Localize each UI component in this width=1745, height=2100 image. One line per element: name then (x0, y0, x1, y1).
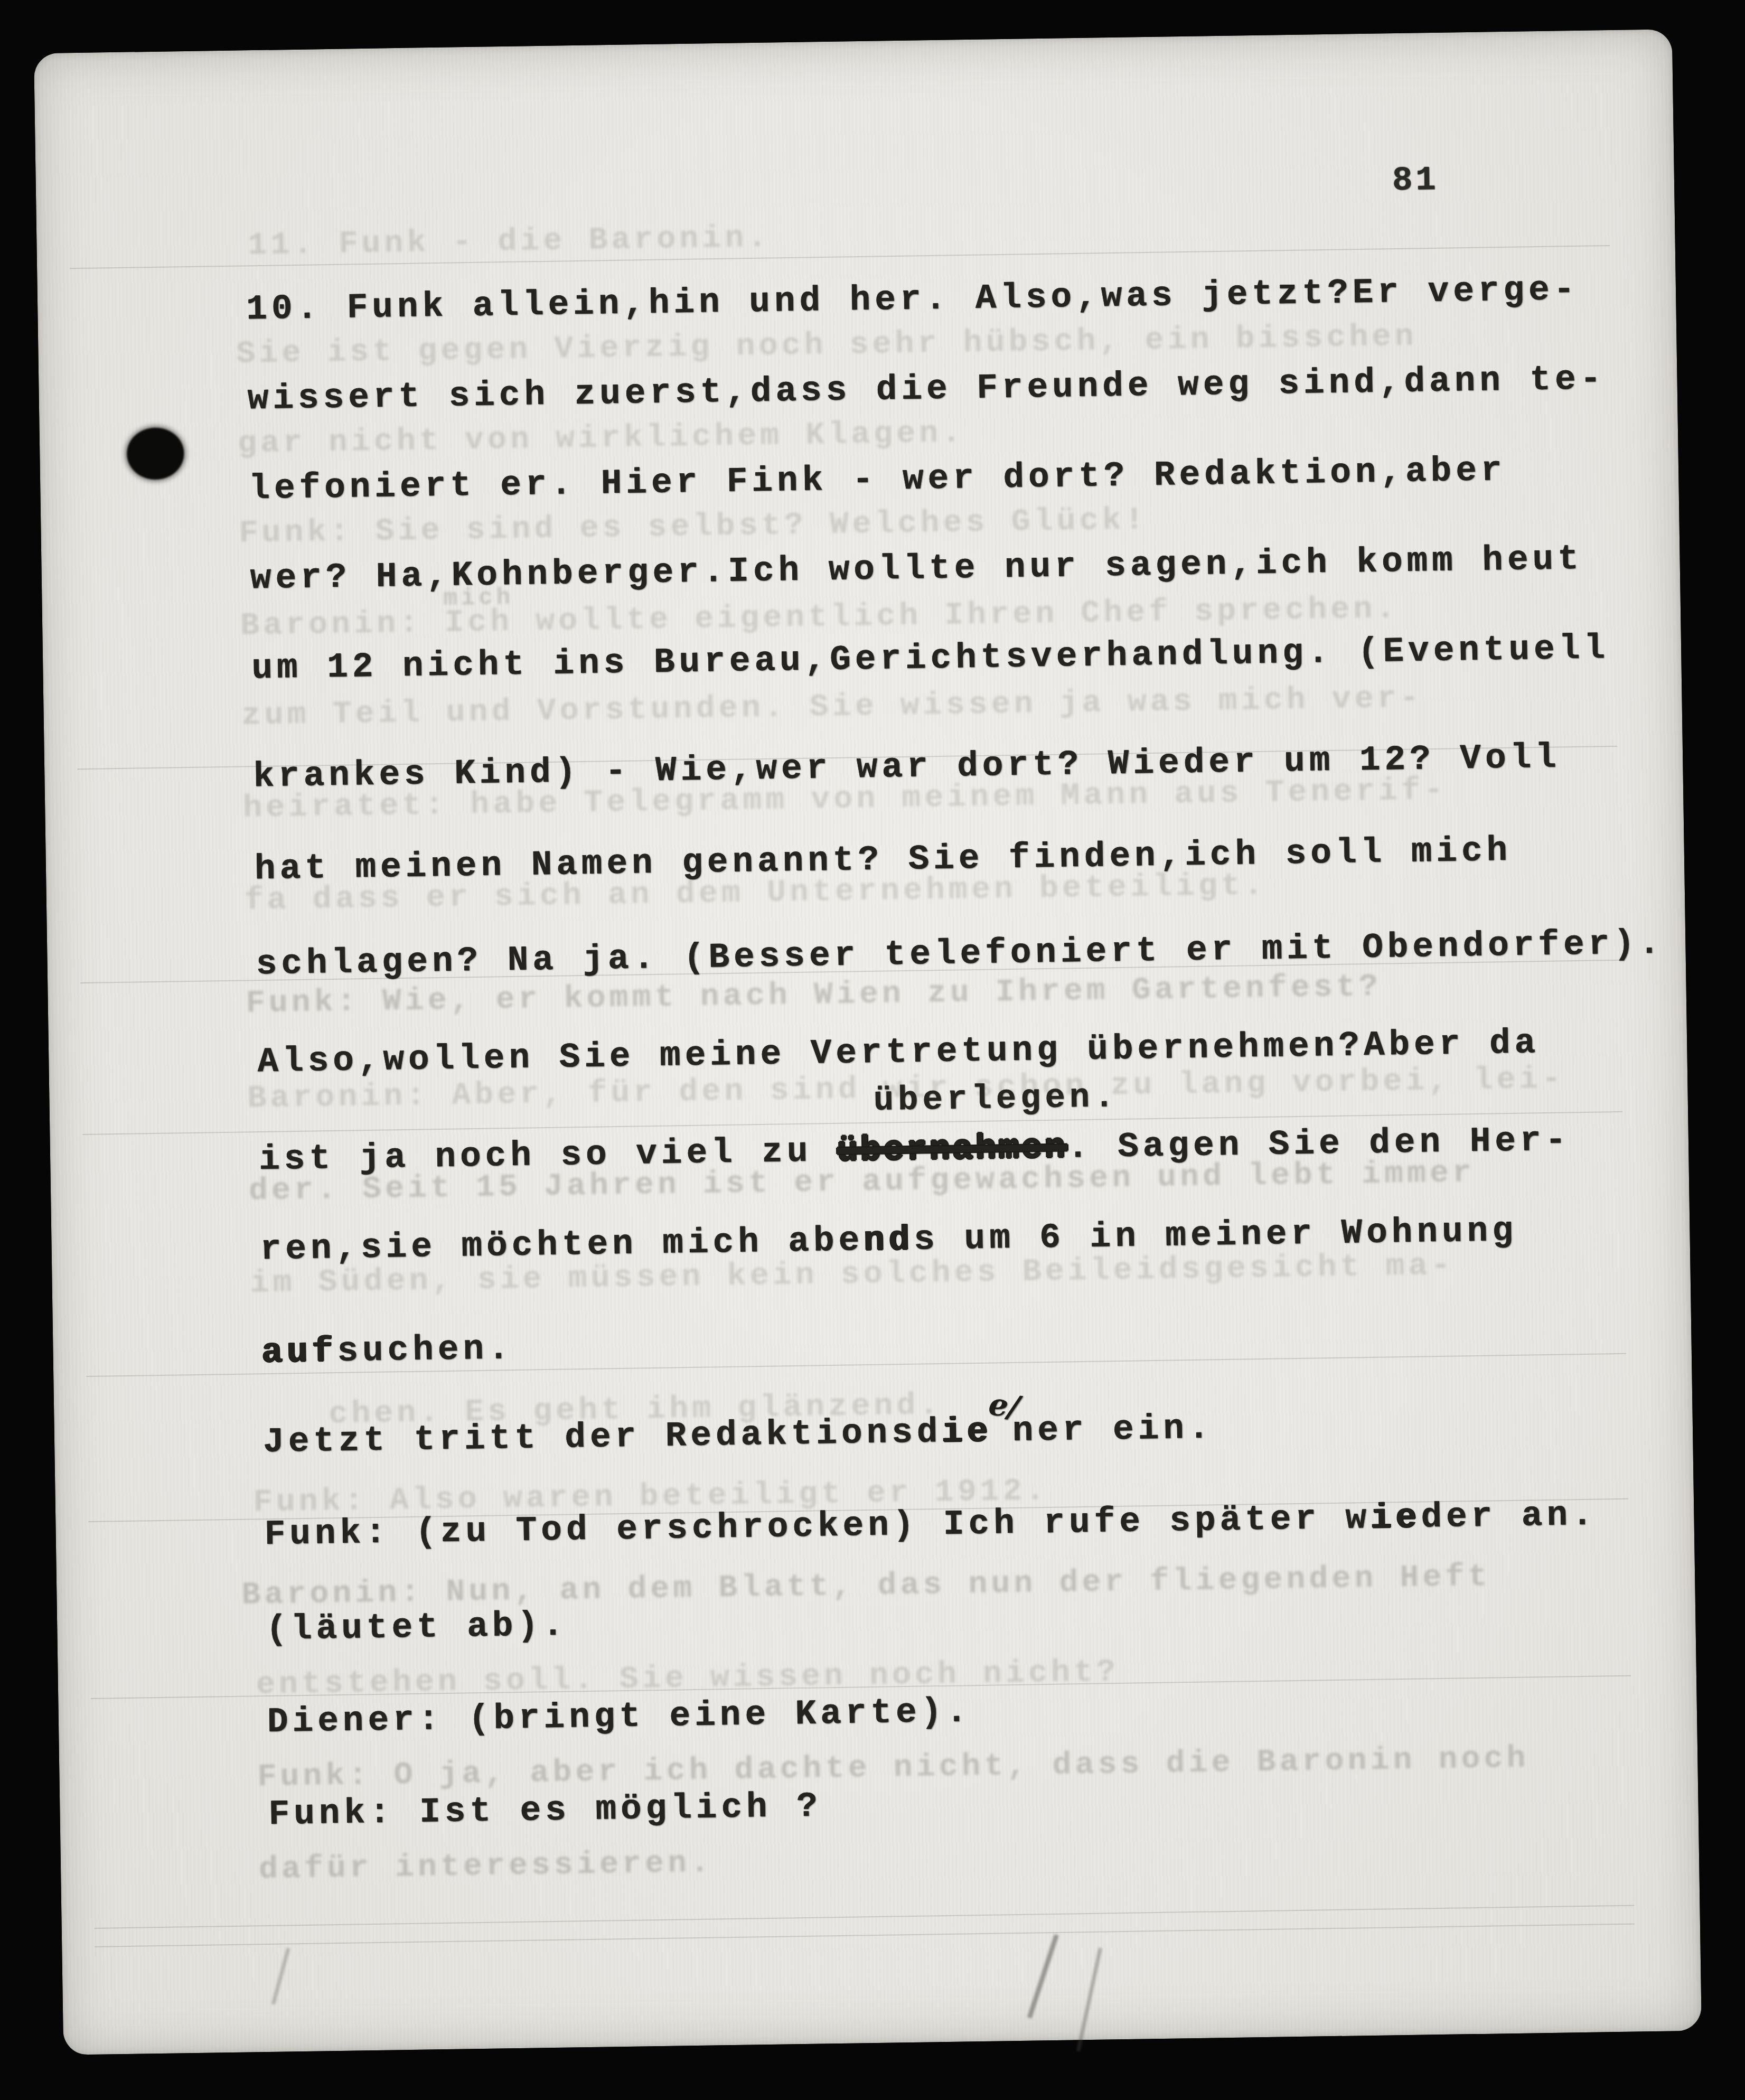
typed-line-3: lefoniert er. Hier Fink - wer dort? Reda… (249, 452, 1506, 509)
page-number: 81 (1392, 164, 1439, 198)
bleedthrough-line: gar nicht von wirklichem Klagen. (238, 417, 965, 460)
typed-line-12: aufsuchen. (261, 1330, 513, 1372)
bleedthrough-line: Funk: O ja, aber ich dachte nicht, dass … (257, 1743, 1530, 1794)
line13-post: ner ein. (1012, 1408, 1214, 1451)
line13-overtyped: ie (942, 1412, 992, 1452)
pencil-mark (1027, 1934, 1059, 2019)
typed-line-2: wissert sich zuerst,dass die Freunde weg… (247, 360, 1606, 419)
pencil-mark (271, 1948, 290, 2005)
typed-insertion-ueberlegen: überlegen. (873, 1081, 1119, 1118)
line14-post: der an. (1421, 1495, 1597, 1537)
hole-punch (127, 427, 184, 480)
bleedthrough-line: 11. Funk - die Baronin. (248, 222, 771, 262)
handwritten-correction-e: e∕ (987, 1389, 1021, 1423)
bleedthrough-line: Baronin: Nun, an dem Blatt, das nun der … (241, 1561, 1491, 1611)
scan-rule-line (95, 1924, 1635, 1947)
bleedthrough-line: entstehen soll. Sie wissen noch nicht? (256, 1656, 1119, 1701)
paper-sheet: 81 11. Funk - die Baronin. Sie ist gegen… (34, 29, 1702, 2055)
pencil-mark (1076, 1947, 1102, 2051)
line11-overtyped: nd (864, 1220, 914, 1260)
typed-line-16: Diener: (bringt eine Karte). (267, 1693, 971, 1741)
line14-overtyped: ie (1371, 1498, 1421, 1538)
line12-post: suchen. (337, 1329, 513, 1371)
line10-crossed-out-word: übernahmen (837, 1128, 1067, 1170)
scan-rule-line (95, 1905, 1635, 1929)
typed-line-17: Funk: Ist es möglich ? (268, 1787, 822, 1834)
line12-overtyped: auf (261, 1332, 337, 1372)
bleedthrough-line: Funk: Sie sind es selbst? Welches Glück! (239, 504, 1148, 550)
line10-post: . Sagen Sie den Her- (1067, 1120, 1570, 1167)
typed-line-15: (läutet ab). (266, 1607, 568, 1649)
typed-line-4: wer? Ha,Kohnberger.Ich wollte nur sagen,… (250, 540, 1583, 598)
bleedthrough-line: zum Teil und Vorstunden. Sie wissen ja w… (241, 682, 1423, 732)
bleedthrough-line: Sie ist gegen Vierzig noch sehr hübsch, … (236, 321, 1418, 370)
bleedthrough-line: dafür interessieren. (259, 1848, 714, 1886)
